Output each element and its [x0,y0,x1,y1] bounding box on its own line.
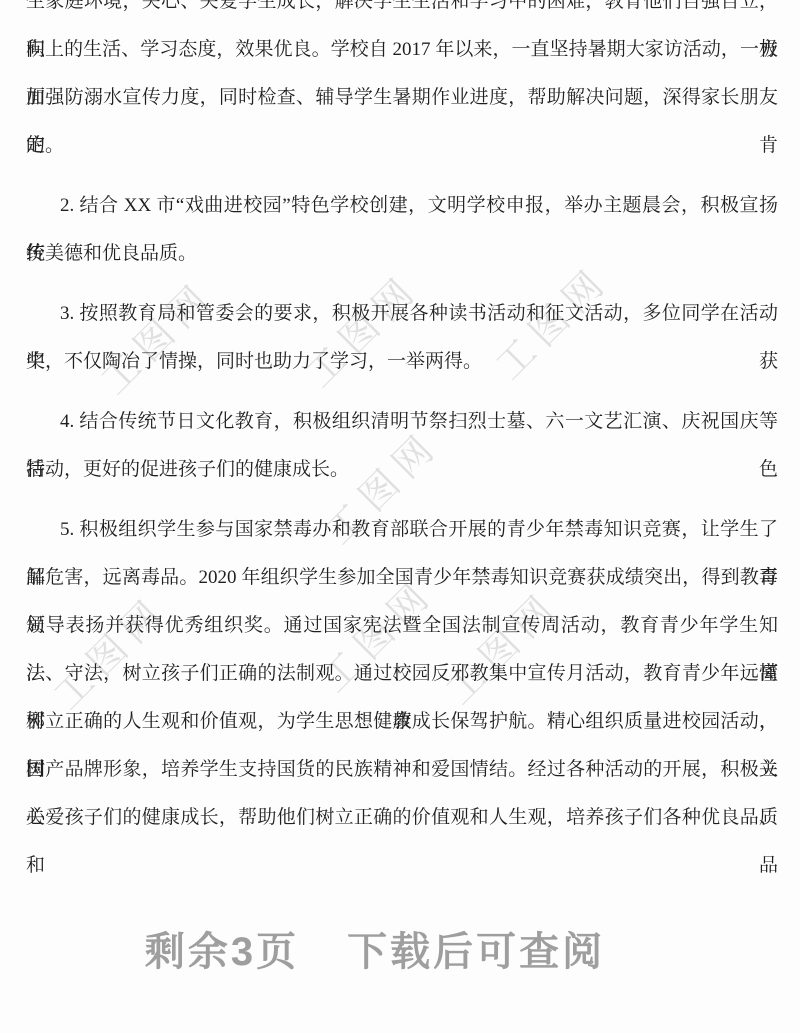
paragraph: 3. 按照教育局和管委会的要求，积极开展各种读书活动和征文活动，多位同学在活动中… [26,290,778,386]
text-line: 领导表扬并获得优秀组织奖。通过国家宪法暨全国法制宣传周活动，教育青少年学生知法、… [26,602,778,650]
paragraph: 4. 结合传统节日文化教育，积极组织清明节祭扫烈士墓、六一文艺汇演、庆祝国庆等特… [26,398,778,494]
text-line: 统美德和优良品质。 [26,230,778,278]
text-line: 树立正确的人生观和价值观，为学生思想健康成长保驾护航。精心组织质量进校园活动，树… [26,698,778,746]
text-line: 生家庭环境，关心、关爱学生成长，解决学生生活和学习中的困难，教育他们自强自立，积… [26,0,778,26]
text-line: 品危害，远离毒品。2020 年组织学生参加全国青少年禁毒知识竞赛获成绩突出，得到… [26,554,778,602]
paragraph: 5. 积极组织学生参与国家禁毒办和教育部联合开展的青少年禁毒知识竞赛，让学生了解… [26,506,778,842]
text-line: 2. 结合 XX 市“戏曲进校园”特色学校创建，文明学校申报，举办主题晨会，积极… [26,182,778,230]
text-line: 5. 积极组织学生参与国家禁毒办和教育部联合开展的青少年禁毒知识竞赛，让学生了解… [26,506,778,554]
text-line: 关爱孩子们的健康成长，帮助他们树立正确的价值观和人生观，培养孩子们各种优良品质和… [26,794,778,842]
document-page: 工图网工图网工图网工图网工图网工图网工图网 生家庭环境，关心、关爱学生成长，解决… [0,0,800,1033]
text-line: 3. 按照教育局和管委会的要求，积极开展各种读书活动和征文活动，多位同学在活动中… [26,290,778,338]
text-line: 法、守法，树立孩子们正确的法制观。通过校园反邪教集中宣传月活动，教育青少年远离邪… [26,650,778,698]
text-line: 向上的生活、学习态度，效果优良。学校自 2017 年以来，一直坚持暑期大家访活动… [26,26,778,74]
document-body: 生家庭环境，关心、关爱学生成长，解决学生生活和学习中的困难，教育他们自强自立，积… [26,0,778,842]
remaining-pages-label: 剩余3页 [145,926,299,978]
paragraph: 生家庭环境，关心、关爱学生成长，解决学生生活和学习中的困难，教育他们自强自立，积… [26,0,778,170]
text-line: 国产品牌形象，培养学生支持国货的民族精神和爱国情结。经过各种活动的开展，积极关心… [26,746,778,794]
text-line: 4. 结合传统节日文化教育，积极组织清明节祭扫烈士墓、六一文艺汇演、庆祝国庆等特… [26,398,778,446]
paragraph: 2. 结合 XX 市“戏曲进校园”特色学校创建，文明学校申报，举办主题晨会，积极… [26,182,778,278]
text-line: 加强防溺水宣传力度，同时检查、辅导学生暑期作业进度，帮助解决问题，深得家长朋友的… [26,74,778,122]
download-hint-label: 下载后可查阅 [347,926,605,978]
preview-footer: 剩余3页 下载后可查阅 [0,926,775,978]
